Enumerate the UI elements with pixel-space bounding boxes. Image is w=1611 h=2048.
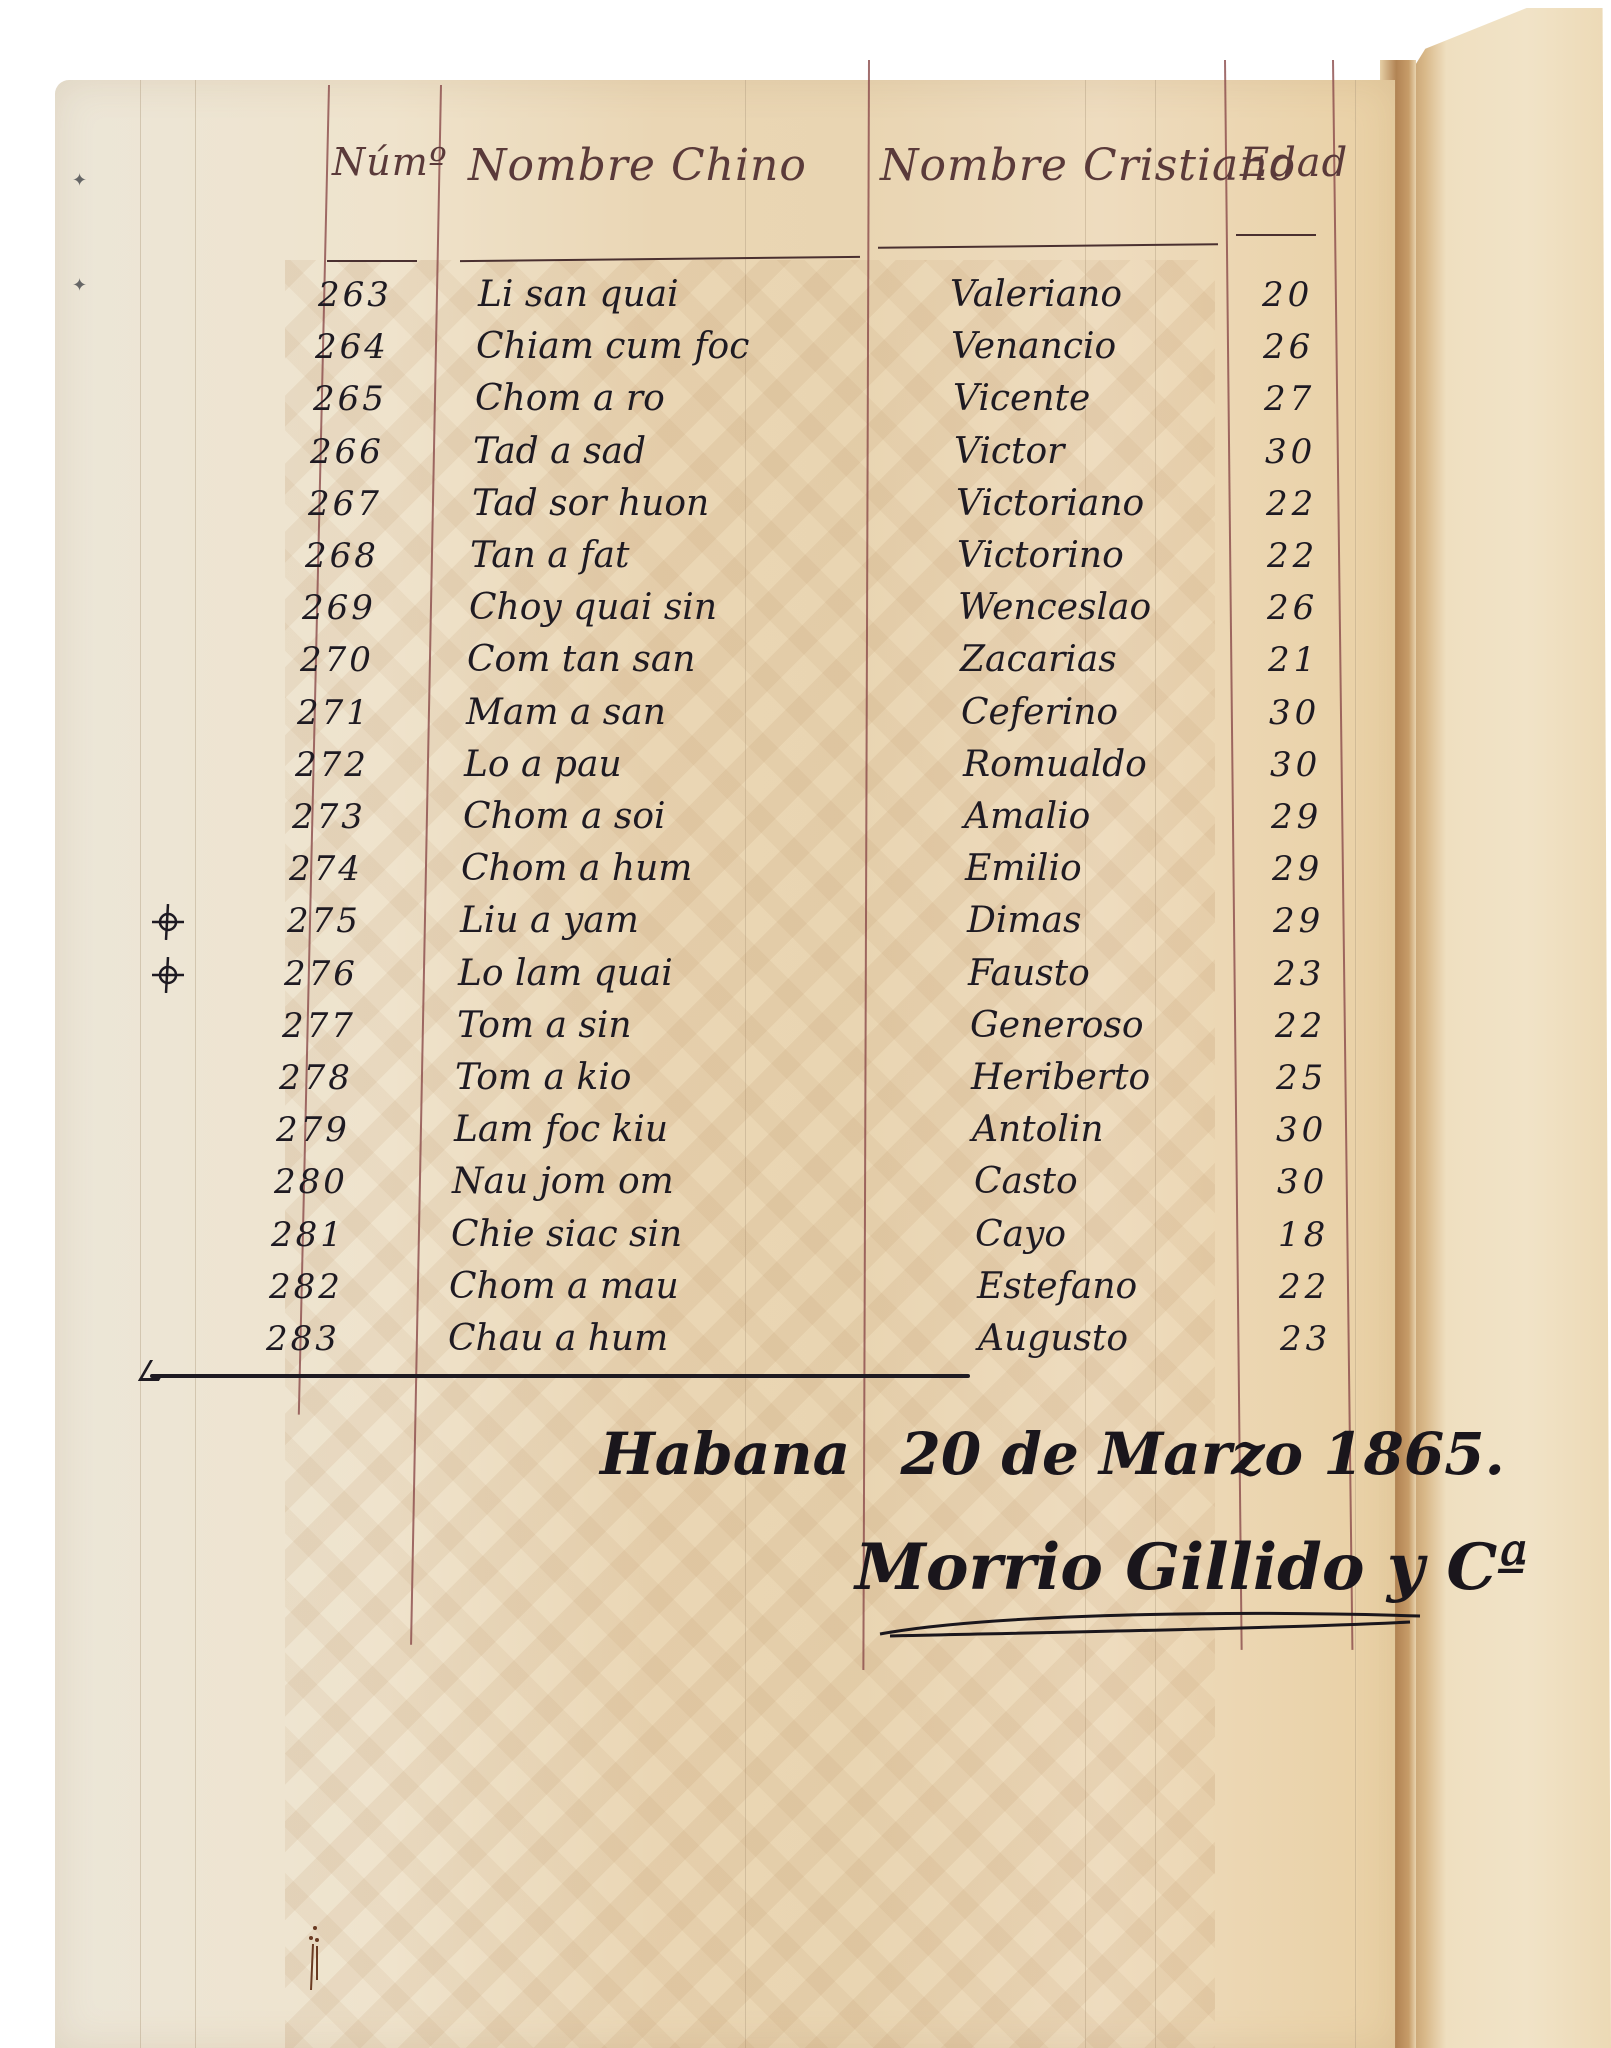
row-nombre-chino: Tan a fat xyxy=(470,531,629,581)
row-nombre-cristiano: Generoso xyxy=(970,1001,1144,1051)
table-row: 269Choy quai sinWenceslao26 xyxy=(0,583,1611,633)
row-edad: 30 xyxy=(1277,1157,1328,1207)
row-edad: 23 xyxy=(1274,949,1325,999)
row-edad: 26 xyxy=(1263,322,1314,372)
signature-flourish xyxy=(870,1610,1430,1640)
row-edad: 22 xyxy=(1266,479,1317,529)
signature: Morrio Gillido y Cª xyxy=(855,1530,1528,1605)
table-row: 272Lo a pauRomualdo30 xyxy=(0,740,1611,790)
row-nombre-chino: Chiam cum foc xyxy=(476,322,749,372)
row-num: 275 xyxy=(287,896,361,946)
cross-circle-mark-icon xyxy=(150,904,186,940)
row-nombre-chino: Chom a ro xyxy=(475,374,665,424)
row-nombre-chino: Choy quai sin xyxy=(469,583,717,633)
row-nombre-chino: Com tan san xyxy=(467,635,695,685)
row-edad: 30 xyxy=(1265,427,1316,477)
row-nombre-chino: Lo lam quai xyxy=(458,949,673,999)
header-edad: Edad xyxy=(1240,140,1348,186)
row-nombre-chino: Tom a kio xyxy=(455,1053,631,1103)
row-num: 267 xyxy=(308,479,382,529)
row-edad: 22 xyxy=(1275,1001,1326,1051)
place-date: Habana 20 de Marzo 1865. xyxy=(600,1420,1535,1488)
closing-line xyxy=(150,1374,970,1378)
row-nombre-chino: Liu a yam xyxy=(460,896,639,946)
table-row: 270Com tan sanZacarias21 xyxy=(0,635,1611,685)
row-nombre-cristiano: Victorino xyxy=(957,531,1124,581)
header-underline-edad xyxy=(1236,234,1316,236)
table-row: 283Chau a humAugusto23 xyxy=(0,1314,1611,1364)
row-nombre-cristiano: Antolin xyxy=(972,1105,1104,1155)
table-row: 274Chom a humEmilio29 xyxy=(0,844,1611,894)
place: Habana xyxy=(600,1420,850,1488)
row-nombre-chino: Chau a hum xyxy=(448,1314,668,1364)
table-row: 280Nau jom omCasto30 xyxy=(0,1157,1611,1207)
row-nombre-cristiano: Romualdo xyxy=(963,740,1147,790)
header-nombre-cristiano: Nombre Cristiano xyxy=(880,140,1296,191)
row-edad: 21 xyxy=(1268,635,1319,685)
cross-circle-mark-icon xyxy=(150,957,186,993)
row-nombre-chino: Lo a pau xyxy=(464,740,622,790)
table-row: 276Lo lam quaiFausto23 xyxy=(0,949,1611,999)
table-row: 263Li san quaiValeriano20 xyxy=(0,270,1611,320)
row-edad: 18 xyxy=(1278,1210,1329,1260)
row-nombre-chino: Nau jom om xyxy=(452,1157,674,1207)
row-nombre-chino: Li san quai xyxy=(478,270,679,320)
row-nombre-chino: Tad sor huon xyxy=(472,479,709,529)
row-nombre-chino: Lam foc kiu xyxy=(454,1105,668,1155)
table-row: 268Tan a fatVictorino22 xyxy=(0,531,1611,581)
row-nombre-chino: Chom a hum xyxy=(461,844,692,894)
row-num: 266 xyxy=(310,427,384,477)
row-nombre-chino: Tad a sad xyxy=(473,427,646,477)
row-num: 272 xyxy=(295,740,369,790)
margin-tick: ✦ xyxy=(72,170,87,191)
header-nombre-chino: Nombre Chino xyxy=(468,140,807,191)
row-edad: 22 xyxy=(1267,531,1318,581)
row-num: 277 xyxy=(282,1001,356,1051)
row-edad: 29 xyxy=(1271,792,1322,842)
row-nombre-cristiano: Valeriano xyxy=(950,270,1122,320)
row-nombre-chino: Mam a san xyxy=(466,688,666,738)
margin-tick: ✦ xyxy=(72,275,87,296)
row-num: 265 xyxy=(313,374,387,424)
table-row: 277Tom a sinGeneroso22 xyxy=(0,1001,1611,1051)
row-edad: 29 xyxy=(1273,896,1324,946)
row-num: 280 xyxy=(274,1157,348,1207)
ink-blot-mark xyxy=(305,1920,325,2000)
table-row: 281Chie siac sinCayo18 xyxy=(0,1210,1611,1260)
table-row: 282Chom a mauEstefano22 xyxy=(0,1262,1611,1312)
row-num: 279 xyxy=(276,1105,350,1155)
row-edad: 20 xyxy=(1262,270,1313,320)
row-nombre-cristiano: Emilio xyxy=(965,844,1082,894)
row-num: 278 xyxy=(279,1053,353,1103)
row-num: 274 xyxy=(289,844,363,894)
row-num: 263 xyxy=(318,270,392,320)
row-nombre-chino: Chom a soi xyxy=(463,792,666,842)
row-nombre-cristiano: Wenceslao xyxy=(958,583,1151,633)
table-row: 267Tad sor huonVictoriano22 xyxy=(0,479,1611,529)
row-edad: 30 xyxy=(1269,688,1320,738)
row-edad: 23 xyxy=(1280,1314,1331,1364)
row-edad: 26 xyxy=(1267,583,1318,633)
table-row: 278Tom a kioHeriberto25 xyxy=(0,1053,1611,1103)
row-edad: 27 xyxy=(1264,374,1315,424)
row-nombre-cristiano: Heriberto xyxy=(971,1053,1150,1103)
row-edad: 22 xyxy=(1279,1262,1330,1312)
row-num: 283 xyxy=(266,1314,340,1364)
table-row: 265Chom a roVicente27 xyxy=(0,374,1611,424)
row-nombre-cristiano: Vicente xyxy=(953,374,1090,424)
row-nombre-cristiano: Dimas xyxy=(967,896,1081,946)
row-nombre-chino: Chie siac sin xyxy=(451,1210,682,1260)
row-nombre-cristiano: Victor xyxy=(954,427,1064,477)
row-edad: 25 xyxy=(1276,1053,1327,1103)
row-nombre-cristiano: Estefano xyxy=(977,1262,1137,1312)
header-underline-num xyxy=(327,260,417,262)
row-num: 268 xyxy=(305,531,379,581)
row-nombre-cristiano: Fausto xyxy=(968,949,1090,999)
date: 20 de Marzo 1865. xyxy=(900,1420,1504,1488)
row-nombre-chino: Tom a sin xyxy=(457,1001,632,1051)
row-nombre-cristiano: Zacarias xyxy=(960,635,1117,685)
row-edad: 30 xyxy=(1270,740,1321,790)
row-nombre-cristiano: Augusto xyxy=(978,1314,1128,1364)
row-edad: 29 xyxy=(1272,844,1323,894)
row-nombre-cristiano: Cayo xyxy=(975,1210,1066,1260)
row-num: 271 xyxy=(297,688,371,738)
row-num: 281 xyxy=(271,1210,345,1260)
row-nombre-chino: Chom a mau xyxy=(449,1262,679,1312)
row-edad: 30 xyxy=(1276,1105,1327,1155)
table-row: 273Chom a soiAmalio29 xyxy=(0,792,1611,842)
table-row: 266Tad a sadVictor30 xyxy=(0,427,1611,477)
row-nombre-cristiano: Victoriano xyxy=(956,479,1144,529)
row-num: 264 xyxy=(315,322,389,372)
row-num: 270 xyxy=(300,635,374,685)
row-num: 276 xyxy=(284,949,358,999)
row-nombre-cristiano: Casto xyxy=(974,1157,1078,1207)
table-row: 271Mam a sanCeferino30 xyxy=(0,688,1611,738)
row-num: 273 xyxy=(292,792,366,842)
row-num: 282 xyxy=(269,1262,343,1312)
row-nombre-cristiano: Ceferino xyxy=(961,688,1118,738)
table-row: 264Chiam cum focVenancio26 xyxy=(0,322,1611,372)
table-row: 275Liu a yamDimas29 xyxy=(0,896,1611,946)
row-nombre-cristiano: Venancio xyxy=(951,322,1116,372)
row-num: 269 xyxy=(302,583,376,633)
row-nombre-cristiano: Amalio xyxy=(964,792,1090,842)
header-num: Númº xyxy=(332,140,448,184)
table-row: 279Lam foc kiuAntolin30 xyxy=(0,1105,1611,1155)
